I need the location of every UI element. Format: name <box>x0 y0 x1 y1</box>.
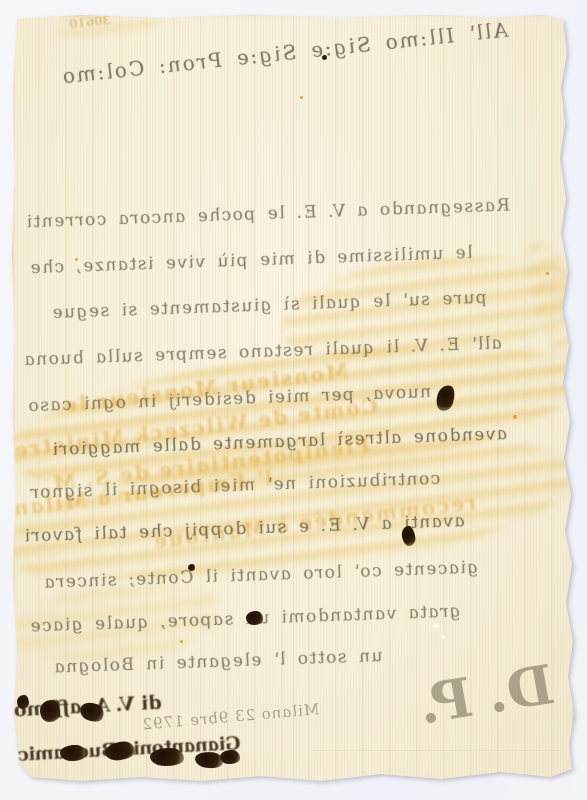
paper-edge-shading <box>11 13 577 785</box>
letter-page-verso: Monsieur Monsieur le Comte de Wilczeck M… <box>11 13 577 785</box>
scanner-background: Monsieur Monsieur le Comte de Wilczeck M… <box>0 0 587 800</box>
paper-shadow-wrap: Monsieur Monsieur le Comte de Wilczeck M… <box>11 13 577 785</box>
